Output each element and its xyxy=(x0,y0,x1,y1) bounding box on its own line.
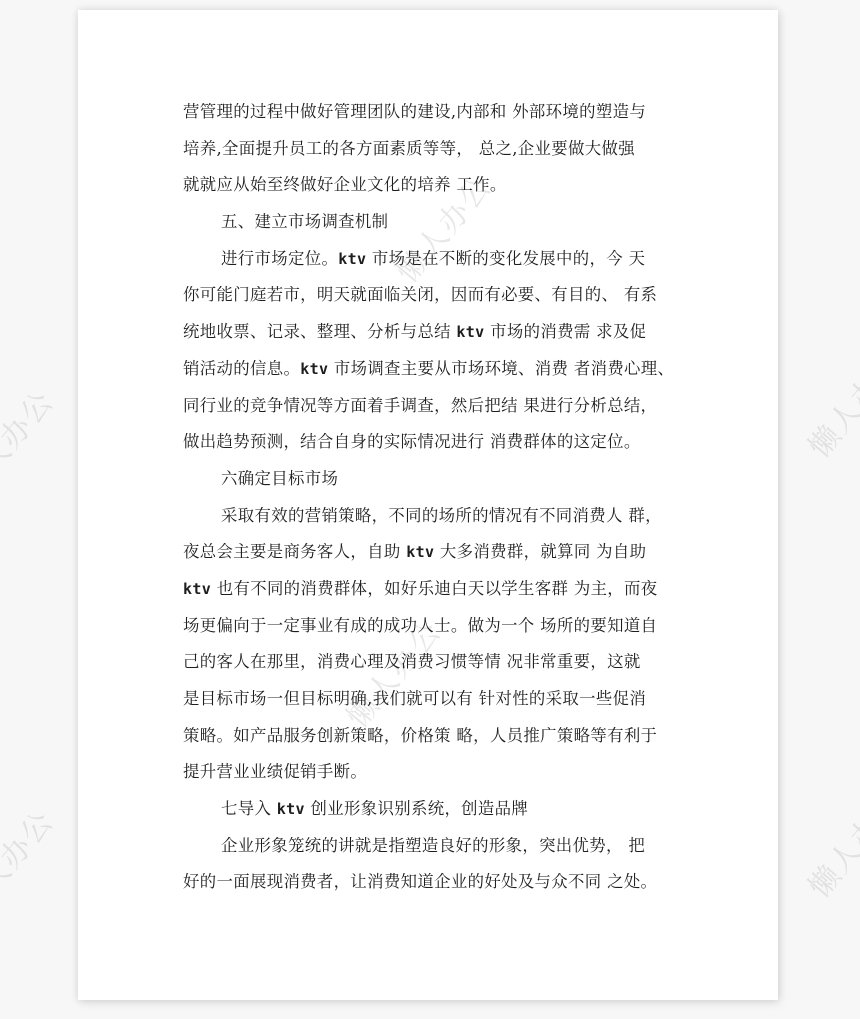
text-line: 销活动的信息。ktv 市场调查主要从市场环境、消费 者消费心理、 xyxy=(183,351,688,388)
text-line: ktv 也有不同的消费群体，如好乐迪白天以学生客群 为主，而夜 xyxy=(183,571,688,608)
document-page: 懒人办公 懒人办公 营管理的过程中做好管理团队的建设,内部和 外部环境的塑造与 … xyxy=(78,10,778,1000)
text-line: 好的一面展现消费者，让消费知道企业的好处及与众不同 之处。 xyxy=(183,864,688,901)
section-heading-7: 七导入 ktv 创业形象识别系统，创造品牌 xyxy=(183,791,688,828)
text-line: 是目标市场一但目标明确,我们就可以有 针对性的采取一些促消 xyxy=(183,681,688,718)
watermark-right-lower: 懒人办公 xyxy=(796,779,860,905)
section-heading-6: 六确定目标市场 xyxy=(183,461,688,498)
text-line: 营管理的过程中做好管理团队的建设,内部和 外部环境的塑造与 xyxy=(183,94,688,131)
text-line: 进行市场定位。ktv 市场是在不断的变化发展中的，今 天 xyxy=(183,241,688,278)
text-line: 采取有效的营销策略，不同的场所的情况有不同消费人 群， xyxy=(183,498,688,535)
watermark-right-upper: 懒人办公 xyxy=(796,339,860,465)
latin-term: ktv xyxy=(338,250,366,268)
latin-term: ktv xyxy=(277,800,305,818)
latin-term: ktv xyxy=(456,323,484,341)
latin-term: ktv xyxy=(300,360,328,378)
text-line: 就就应从始至终做好企业文化的培养 工作。 xyxy=(183,167,688,204)
latin-term: ktv xyxy=(406,543,434,561)
section-heading-5: 五、建立市场调查机制 xyxy=(183,204,688,241)
text-line: 夜总会主要是商务客人，自助 ktv 大多消费群，就算同 为自助 xyxy=(183,534,688,571)
text-line: 同行业的竞争情况等方面着手调查，然后把结 果进行分析总结， xyxy=(183,388,688,425)
document-body: 营管理的过程中做好管理团队的建设,内部和 外部环境的塑造与 培养,全面提升员工的… xyxy=(183,94,688,901)
text-line: 提升营业业绩促销手断。 xyxy=(183,754,688,791)
text-line: 己的客人在那里，消费心理及消费习惯等情 况非常重要，这就 xyxy=(183,644,688,681)
text-line: 培养,全面提升员工的各方面素质等等， 总之,企业要做大做强 xyxy=(183,131,688,168)
text-line: 场更偏向于一定事业有成的成功人士。做为一个 场所的要知道自 xyxy=(183,608,688,645)
latin-term: ktv xyxy=(183,580,211,598)
watermark-left-lower: 懒人办公 xyxy=(0,799,62,925)
watermark-left-upper: 懒人办公 xyxy=(0,379,62,505)
text-line: 企业形象笼统的讲就是指塑造良好的形象，突出优势， 把 xyxy=(183,828,688,865)
text-line: 你可能门庭若市，明天就面临关闭，因而有必要、有目的、 有系 xyxy=(183,277,688,314)
text-line: 统地收票、记录、整理、分析与总结 ktv 市场的消费需 求及促 xyxy=(183,314,688,351)
text-line: 做出趋势预测，结合自身的实际情况进行 消费群体的这定位。 xyxy=(183,424,688,461)
text-line: 策略。如产品服务创新策略，价格策 略，人员推广策略等有利于 xyxy=(183,718,688,755)
